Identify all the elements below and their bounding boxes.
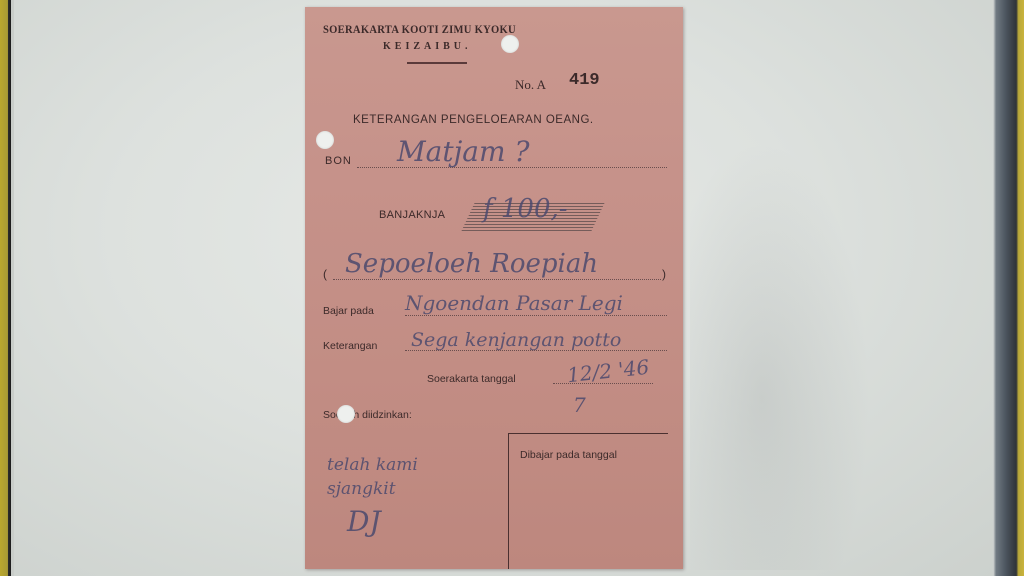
bajar-pada-label: Bajar pada	[323, 305, 374, 317]
paren-close: )	[662, 267, 666, 281]
paren-open: (	[323, 267, 327, 281]
punch-hole	[316, 131, 334, 149]
banjaknja-label: BANJAKNJA	[379, 209, 445, 221]
header-department: KEIZAIBU.	[383, 41, 472, 52]
bajar-pada-handwriting: Ngoendan Pasar Legi	[405, 291, 623, 315]
payment-box-vertical-rule	[508, 433, 509, 569]
punch-hole	[501, 35, 519, 53]
dibajar-pada-tanggal-label: Dibajar pada tanggal	[520, 449, 617, 461]
punch-hole	[337, 405, 355, 423]
header-office: SOERAKARTA KOOTI ZIMU KYOKU	[323, 24, 516, 36]
document-title: KETERANGAN PENGELOEARAN OEANG.	[353, 114, 594, 126]
voucher-number: 419	[569, 71, 600, 90]
payment-box-horizontal-rule	[508, 433, 668, 434]
header-rule	[407, 62, 467, 64]
keterangan-label: Keterangan	[323, 340, 377, 352]
bajar-pada-line	[405, 315, 667, 316]
frame-edge-right	[993, 0, 1024, 576]
bon-label: BON	[325, 155, 352, 167]
payment-voucher: SOERAKARTA KOOTI ZIMU KYOKU KEIZAIBU. No…	[305, 7, 683, 569]
signature: DJ	[347, 505, 381, 538]
voucher-number-label: No. A	[515, 77, 546, 93]
keterangan-handwriting: Sega kenjangan potto	[411, 329, 621, 351]
terbilang-line	[333, 279, 661, 280]
amount-in-words-handwriting: Sepoeloeh Roepiah	[345, 249, 598, 279]
bon-handwriting: Matjam ?	[397, 135, 529, 168]
amount-handwriting: f 100,-	[483, 194, 568, 224]
tanggal-handwriting-2: 7	[573, 393, 586, 417]
tanggal-label: Soerakarta tanggal	[427, 373, 516, 385]
frame-edge-left	[0, 0, 11, 576]
approval-note-handwriting: telah kami sjangkit	[327, 453, 418, 501]
shadow	[690, 140, 870, 570]
